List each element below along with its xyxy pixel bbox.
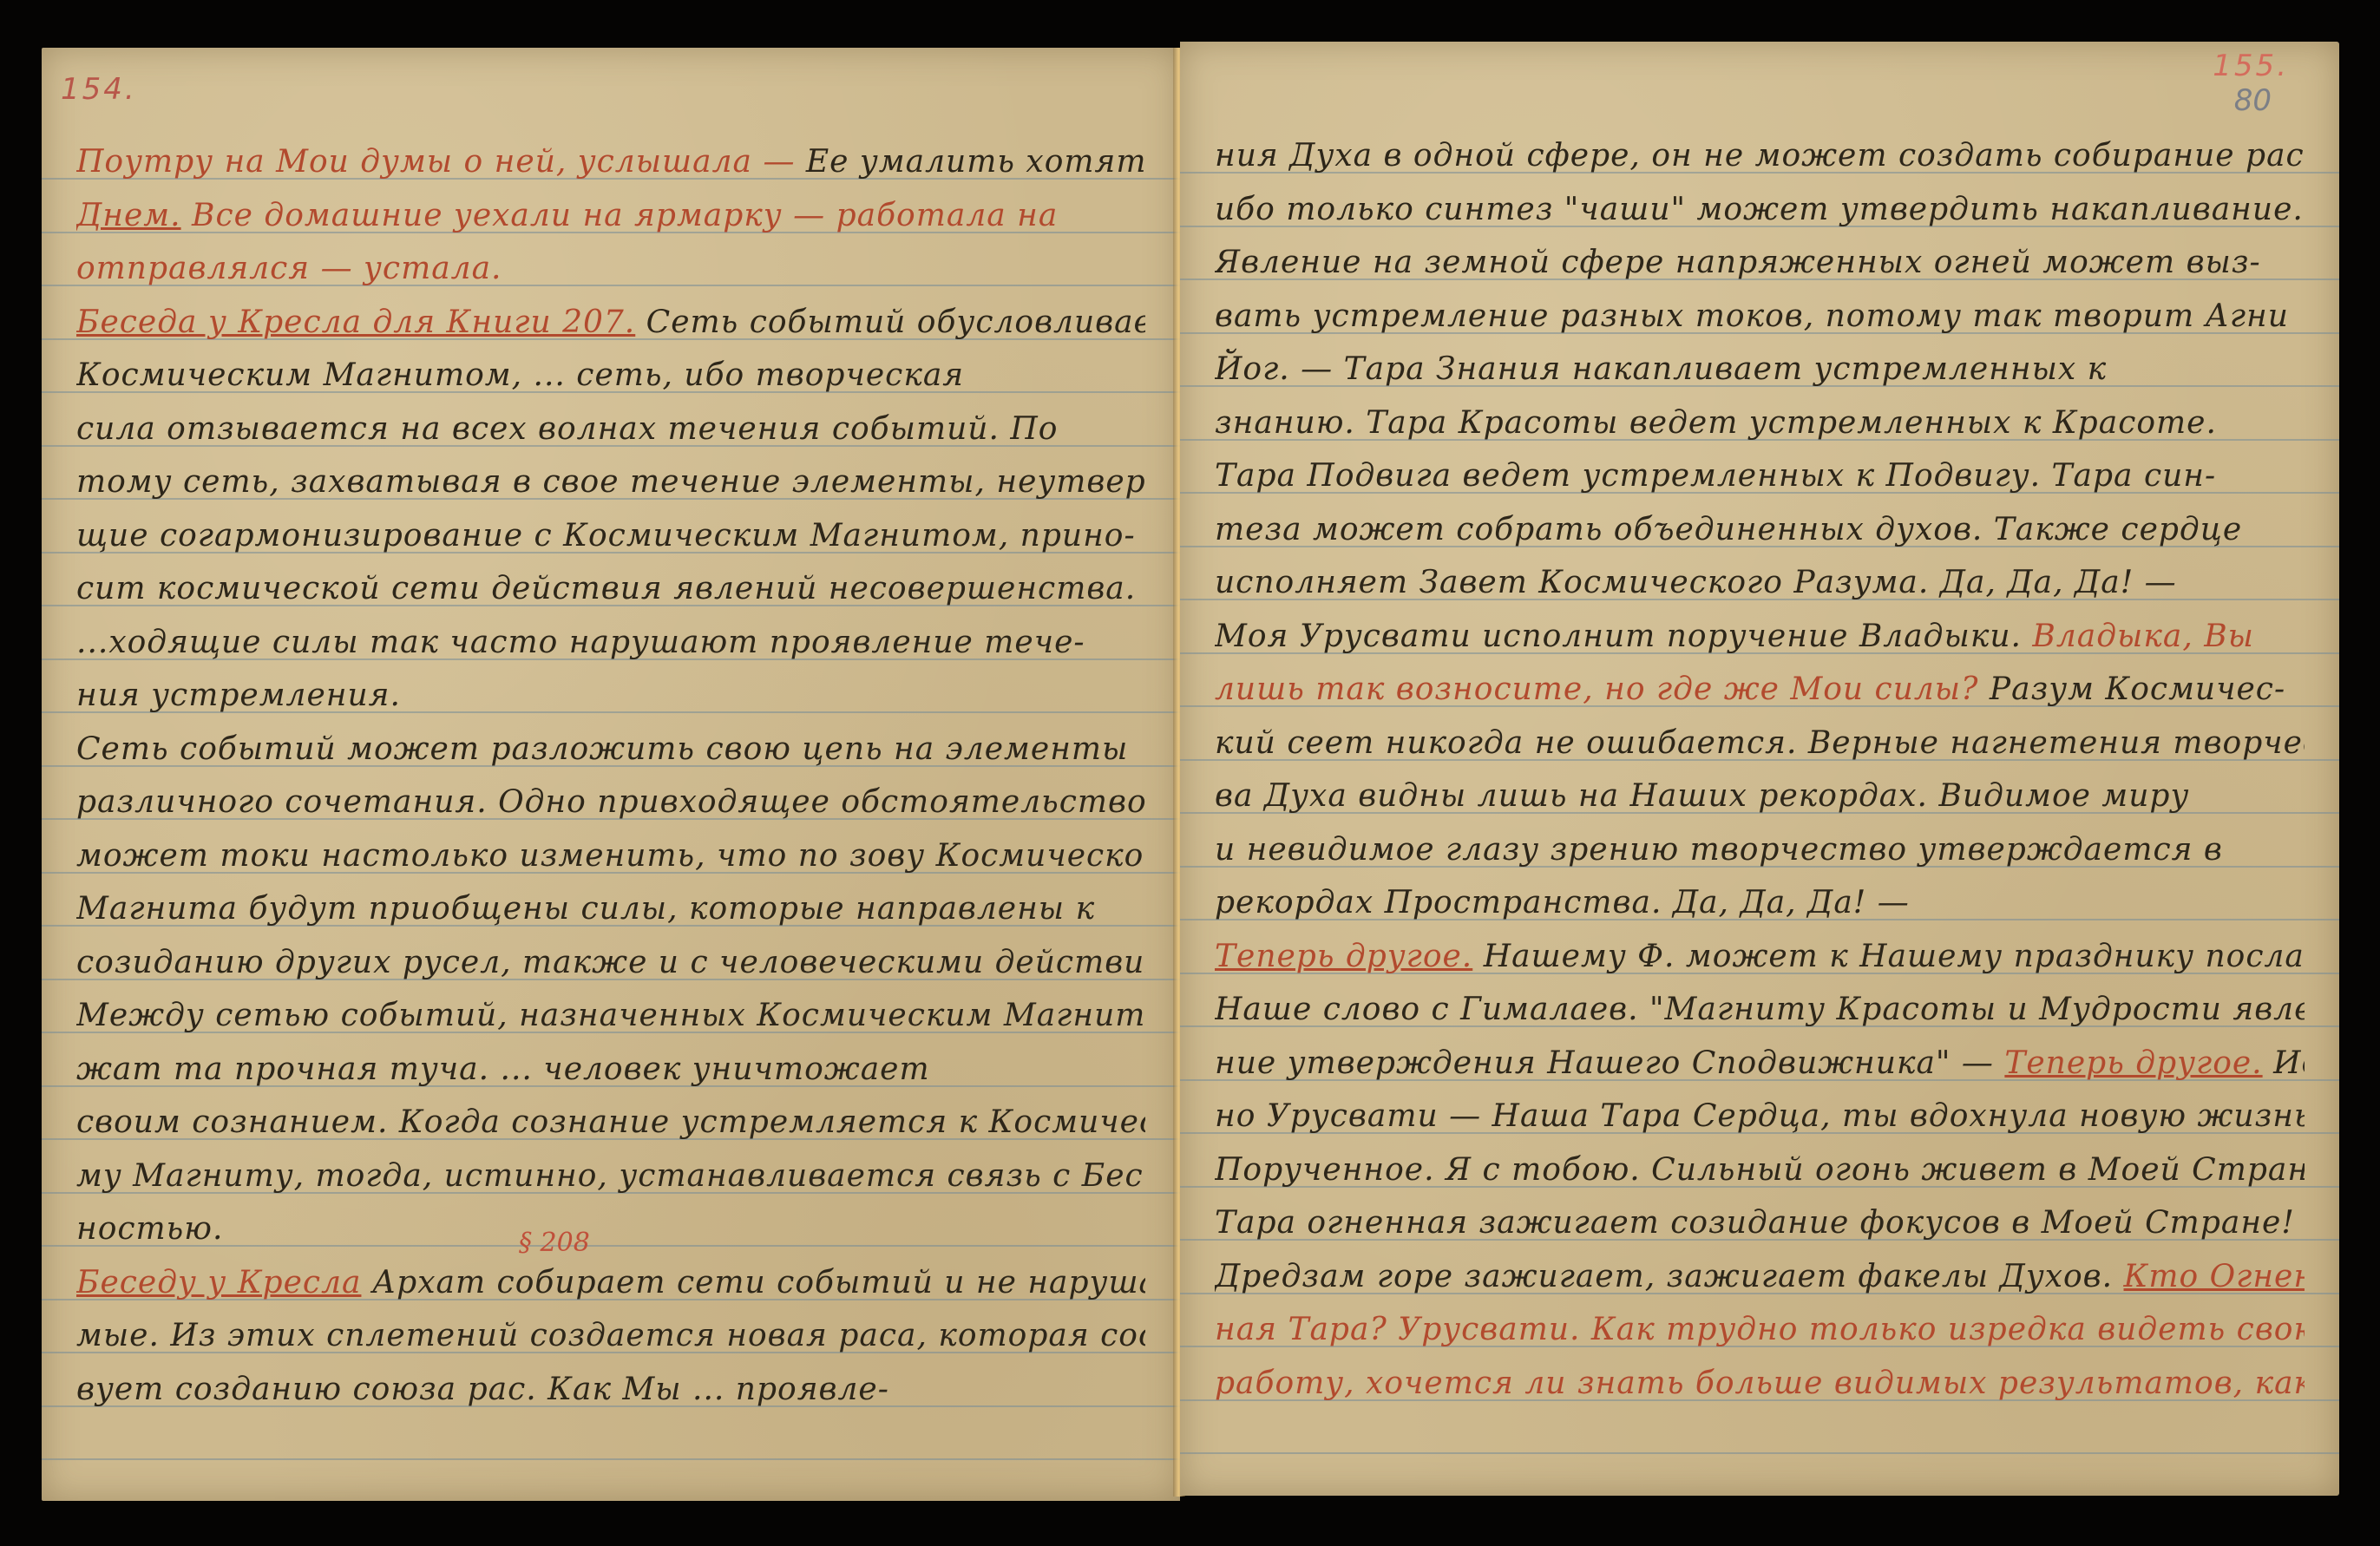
manuscript-line: но Урусвати — Наша Тара Сердца, ты вдохн… bbox=[1215, 1091, 2305, 1143]
dark-ink-text: своим сознанием. Когда сознание устремля… bbox=[76, 1104, 1145, 1140]
dark-ink-text: кий сеет никогда не ошибается. Верные на… bbox=[1215, 725, 2305, 761]
dark-ink-text: Истин- bbox=[2263, 1045, 2305, 1081]
manuscript-line: теза может собрать объединенных духов. Т… bbox=[1215, 504, 2305, 556]
manuscript-line: Магнита будут приобщены силы, которые на… bbox=[76, 883, 1145, 935]
dark-ink-text: Тара огненная зажигает созидание фокусов… bbox=[1215, 1205, 2295, 1241]
dark-ink-text: Между сетью событий, назначенных Космиче… bbox=[76, 998, 1145, 1033]
dark-ink-text: Магнита будут приобщены силы, которые на… bbox=[76, 891, 1095, 927]
manuscript-line: Космическим Магнитом, ... сеть, ибо твор… bbox=[76, 350, 1145, 402]
manuscript-line: и невидимое глазу зрению творчество утве… bbox=[1215, 824, 2305, 876]
manuscript-line: Йог. — Тара Знания накапливает устремлен… bbox=[1215, 344, 2305, 396]
red-ink-text: отправлялся — устала. bbox=[76, 251, 502, 286]
right-page: 155. 80 ния Духа в одной сфере, он не мо… bbox=[1180, 42, 2339, 1496]
dark-ink-text: Наше слово с Гималаев. "Магниту Красоты … bbox=[1215, 992, 2305, 1027]
dark-ink-text: Порученное. Я с тобою. Сильный огонь жив… bbox=[1215, 1152, 2305, 1188]
dark-ink-text: жат та прочная туча. ... человек уничтож… bbox=[76, 1051, 930, 1087]
red-ink-text: Все домашние уехали на ярмарку — работал… bbox=[181, 198, 1059, 233]
dark-ink-text: Ее умалить хотят! bbox=[806, 144, 1145, 180]
manuscript-line: своим сознанием. Когда сознание устремля… bbox=[76, 1097, 1145, 1149]
dark-ink-text: Космическим Магнитом, ... сеть, ибо твор… bbox=[76, 357, 964, 393]
dark-ink-text: знанию. Тара Красоты ведет устремленных … bbox=[1215, 405, 2217, 441]
manuscript-line: тому сеть, захватывая в свое течение эле… bbox=[76, 456, 1145, 508]
manuscript-line: Поутру на Мои думы о ней, услышала — Ее … bbox=[76, 136, 1145, 188]
dark-ink-text: Тара Подвига ведет устремленных к Подвиг… bbox=[1215, 458, 2216, 494]
manuscript-line: рекордах Пространства. Да, Да, Да! — bbox=[1215, 877, 2305, 929]
manuscript-line: Порученное. Я с тобою. Сильный огонь жив… bbox=[1215, 1144, 2305, 1196]
manuscript-line: ная Тара? Урусвати. Как трудно только из… bbox=[1215, 1304, 2305, 1356]
manuscript-line: кий сеет никогда не ошибается. Верные на… bbox=[1215, 717, 2305, 770]
dark-ink-text: может токи настолько изменить, что по зо… bbox=[76, 838, 1145, 874]
red-ink-text: лишь так возносите, но где же Мои силы? bbox=[1215, 671, 1978, 707]
manuscript-line: Моя Урусвати исполнит поручение Владыки.… bbox=[1215, 611, 2305, 663]
manuscript-line: щие согармонизирование с Космическим Маг… bbox=[76, 510, 1145, 562]
dark-ink-text: созиданию других русел, также и с челове… bbox=[76, 945, 1145, 980]
manuscript-line: Тара Подвига ведет устремленных к Подвиг… bbox=[1215, 450, 2305, 502]
manuscript-line: знанию. Тара Красоты ведет устремленных … bbox=[1215, 397, 2305, 449]
manuscript-line: сит космической сети действия явлений не… bbox=[76, 563, 1145, 615]
dark-ink-text: Нашему Ф. может к Нашему празднику посла… bbox=[1472, 939, 2305, 974]
dark-ink-text: ние утверждения Нашего Сподвижника" — bbox=[1215, 1045, 2004, 1081]
dark-ink-text: вует созданию союза рас. Как Мы ... проя… bbox=[76, 1372, 889, 1407]
dark-ink-text: ...ходящие силы так часто нарушают прояв… bbox=[76, 625, 1085, 660]
manuscript-line: лишь так возносите, но где же Мои силы? … bbox=[1215, 664, 2305, 716]
page-number-154: 154. bbox=[61, 72, 137, 107]
manuscript-line: ние утверждения Нашего Сподвижника" — Те… bbox=[1215, 1038, 2305, 1090]
dark-ink-text: но Урусвати — Наша Тара Сердца, ты вдохн… bbox=[1215, 1098, 2305, 1134]
manuscript-line: Дредзам горе зажигает, зажигает факелы Д… bbox=[1215, 1251, 2305, 1303]
dark-ink-text: и невидимое глазу зрению творчество утве… bbox=[1215, 832, 2223, 868]
manuscript-line: работу, хочется ли знать больше видимых … bbox=[1215, 1358, 2305, 1410]
dark-ink-text: сит космической сети действия явлений не… bbox=[76, 571, 1145, 606]
manuscript-line: Беседу у Кресла Архат собирает сети собы… bbox=[76, 1257, 1145, 1309]
red-ink-text: Теперь другое. bbox=[1215, 939, 1472, 974]
red-ink-text: работу, хочется ли знать больше видимых … bbox=[1215, 1366, 2305, 1401]
dark-ink-text: Йог. — Тара Знания накапливает устремлен… bbox=[1215, 351, 2107, 387]
manuscript-line: ва Духа видны лишь на Наших рекордах. Ви… bbox=[1215, 770, 2305, 822]
red-ink-text: Теперь другое. bbox=[2004, 1045, 2262, 1081]
manuscript-line: созиданию других русел, также и с челове… bbox=[76, 937, 1145, 989]
dark-ink-text: тому сеть, захватывая в свое течение эле… bbox=[76, 464, 1145, 500]
dark-ink-text: мые. Из этих сплетений создается новая р… bbox=[76, 1318, 1145, 1353]
dark-ink-text: ва Духа видны лишь на Наших рекордах. Ви… bbox=[1215, 778, 2189, 814]
manuscript-line: Сеть событий может разложить свою цепь н… bbox=[76, 724, 1145, 776]
manuscript-line: Наше слово с Гималаев. "Магниту Красоты … bbox=[1215, 984, 2305, 1036]
dark-ink-text: Дредзам горе зажигает, зажигает факелы Д… bbox=[1215, 1259, 2124, 1294]
dark-ink-text: исполняет Завет Космического Разума. Да,… bbox=[1215, 565, 2177, 600]
manuscript-line: Между сетью событий, назначенных Космиче… bbox=[76, 990, 1145, 1042]
dark-ink-text: ния устремления. bbox=[76, 678, 401, 713]
dark-ink-text: Сеть событий обусловливается bbox=[635, 305, 1145, 340]
manuscript-line: исполняет Завет Космического Разума. Да,… bbox=[1215, 557, 2305, 609]
manuscript-line: сила отзывается на всех волнах течения с… bbox=[76, 403, 1145, 455]
dark-ink-text: ностью. bbox=[76, 1211, 223, 1247]
manuscript-line: жат та прочная туча. ... человек уничтож… bbox=[76, 1044, 1145, 1096]
manuscript-line: ибо только синтез "чаши" может утвердить… bbox=[1215, 184, 2305, 236]
dark-ink-text: Явление на земной сфере напряженных огне… bbox=[1215, 245, 2261, 280]
manuscript-line: му Магниту, тогда, истинно, устанавливае… bbox=[76, 1150, 1145, 1202]
dark-ink-text: Архат собирает сети событий и не нарушае… bbox=[361, 1265, 1145, 1300]
red-ink-text: Беседа у Кресла для Книги 207. bbox=[76, 305, 635, 340]
manuscript-line: Днем. Все домашние уехали на ярмарку — р… bbox=[76, 190, 1145, 242]
ruled-line bbox=[1180, 1452, 2339, 1454]
red-ink-text: Кто Огнен- bbox=[2124, 1259, 2305, 1294]
dark-ink-text: вать устремление разных токов, потому та… bbox=[1215, 298, 2289, 334]
manuscript-line: отправлялся — устала. bbox=[76, 243, 1145, 295]
manuscript-line: мые. Из этих сплетений создается новая р… bbox=[76, 1310, 1145, 1362]
dark-ink-text: рекордах Пространства. Да, Да, Да! — bbox=[1215, 885, 1910, 920]
dark-ink-text: Разум Космичес- bbox=[1978, 671, 2285, 707]
red-ink-text: Владыка, Вы bbox=[2032, 619, 2254, 654]
folio-number-80: 80 bbox=[2234, 83, 2272, 118]
red-ink-text: Днем. bbox=[76, 198, 181, 233]
manuscript-line: Беседа у Кресла для Книги 207. Сеть собы… bbox=[76, 297, 1145, 349]
left-page: 154. § 208 Поутру на Мои думы о ней, усл… bbox=[42, 48, 1180, 1501]
manuscript-line: Тара огненная зажигает созидание фокусов… bbox=[1215, 1197, 2305, 1249]
manuscript-line: ния устремления. bbox=[76, 670, 1145, 722]
dark-ink-text: теза может собрать объединенных духов. Т… bbox=[1215, 512, 2242, 547]
manuscript-line: вует созданию союза рас. Как Мы ... проя… bbox=[76, 1364, 1145, 1416]
dark-ink-text: му Магниту, тогда, истинно, устанавливае… bbox=[76, 1158, 1145, 1194]
ruled-line bbox=[42, 1458, 1180, 1460]
manuscript-line: Теперь другое. Нашему Ф. может к Нашему … bbox=[1215, 931, 2305, 983]
page-number-155: 155. bbox=[2213, 49, 2289, 83]
manuscript-line: различного сочетания. Одно привходящее о… bbox=[76, 776, 1145, 829]
dark-ink-text: сила отзывается на всех волнах течения с… bbox=[76, 411, 1058, 447]
dark-ink-text: различного сочетания. Одно привходящее о… bbox=[76, 784, 1145, 820]
dark-ink-text: Сеть событий может разложить свою цепь н… bbox=[76, 731, 1128, 767]
manuscript-line: может токи настолько изменить, что по зо… bbox=[76, 830, 1145, 882]
red-ink-text: Поутру на Мои думы о ней, услышала — bbox=[76, 144, 806, 180]
manuscript-line: ностью. bbox=[76, 1203, 1145, 1255]
manuscript-line: Явление на земной сфере напряженных огне… bbox=[1215, 237, 2305, 289]
manuscript-line: ния Духа в одной сфере, он не может созд… bbox=[1215, 130, 2305, 182]
red-ink-text: Беседу у Кресла bbox=[76, 1265, 361, 1300]
red-ink-text: ная Тара? Урусвати. Как трудно только из… bbox=[1215, 1312, 2305, 1347]
dark-ink-text: щие согармонизирование с Космическим Маг… bbox=[76, 518, 1136, 554]
manuscript-line: вать устремление разных токов, потому та… bbox=[1215, 291, 2305, 343]
dark-ink-text: Моя Урусвати исполнит поручение Владыки. bbox=[1215, 619, 2032, 654]
dark-ink-text: ибо только синтез "чаши" может утвердить… bbox=[1215, 192, 2304, 227]
manuscript-line: ...ходящие силы так часто нарушают прояв… bbox=[76, 617, 1145, 669]
dark-ink-text: ния Духа в одной сфере, он не может созд… bbox=[1215, 138, 2305, 174]
